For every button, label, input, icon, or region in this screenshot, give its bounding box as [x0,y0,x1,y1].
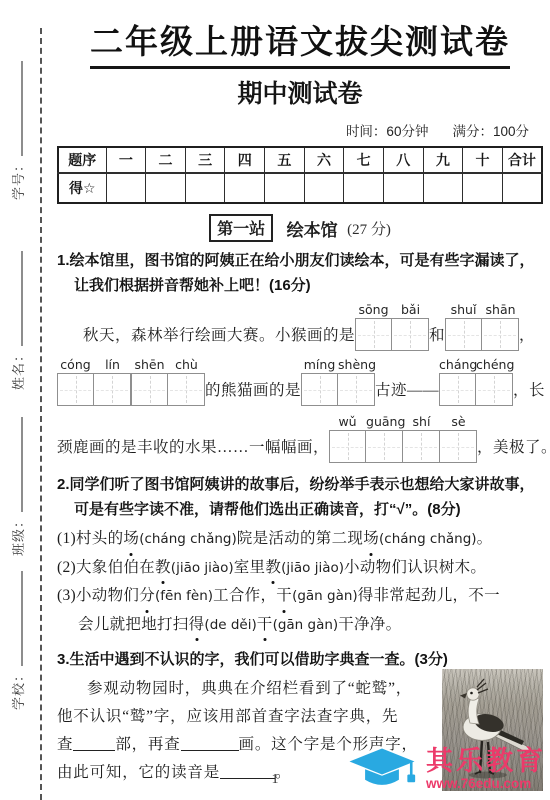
col-10: 十 [463,147,503,173]
pinyin-row: chángchéng [439,357,513,373]
dotted-char: 干 [257,611,273,640]
question-2-prompt: 2.同学们听了图书馆阿姨讲的故事后，纷纷举手表示也想给大家讲故事，可是有些字读不… [57,472,543,522]
pinyin-choice: (gān gàn) [292,588,358,604]
q1-line1-and: 和 [429,323,445,351]
student-id-writing-line [11,61,23,156]
writing-cells [131,373,205,406]
q2-item1-text: 。 [477,530,493,547]
score-table: 题序 一 二 三 四 五 六 七 八 九 十 合计 得☆ [57,146,543,204]
pinyin-choice: (de děi) [204,617,256,633]
pinyin-row: shuǐshān [445,302,519,318]
dotted-char: 干 [276,582,292,611]
pinyin-choice: (jiāo jiào) [281,560,344,576]
section-badge: 第一站 [209,214,273,242]
writing-cells [439,373,513,406]
seal-field-school: 学校： [8,571,28,710]
pinyin-row: wǔguāngshísè [329,414,477,430]
col-6: 六 [304,147,344,173]
q2-item3-text: 得非常起劲儿，不一 [358,587,500,604]
answer-blank-strokes [181,737,239,751]
q1-line2-dash-text: 古迹—— [375,378,439,406]
q2-item1-text: (1)村头的 [57,530,123,547]
class-writing-line [11,417,23,512]
test-paper-page: 学号： 姓名： 班级： 学校： 二年级上册语文拔尖测试卷 期中测试卷 时间：60… [0,0,550,800]
pinyin-syllable: lín [94,357,131,373]
score-cell-empty [146,173,186,203]
pinyin-row: míngshèng [301,357,375,373]
answer-box-changcheng: chángchéng [439,357,513,406]
q1-line1-comma: ， [519,323,535,351]
col-2: 二 [146,147,186,173]
col-1: 一 [106,147,146,173]
name-label: 姓名： [11,348,26,390]
pinyin-syllable: shuǐ [445,302,482,318]
answer-box-mingsheng: míngshèng [301,357,375,406]
student-id-label: 学号： [11,158,26,200]
answer-box-conglin: cónglín [57,357,131,406]
seal-field-name: 姓名： [8,251,28,390]
q1-line3-text: 颈鹿画的是丰收的水果……一幅幅画， [57,435,329,463]
logo-text: 其乐教育 [426,746,546,776]
score-cell-empty [423,173,463,203]
score-cell-empty [185,173,225,203]
writing-cells [301,373,375,406]
q1-fill-line-2: cónglín shēnchù 的熊猫画的是 míngshèng 古迹—— ch… [57,357,543,406]
q2-item-3-continued: 会儿就把地打扫得(de děi)干(gān gàn)干净净。 [57,611,543,640]
score-cell-empty [463,173,503,203]
logo-url: www.76edu.com [426,776,531,791]
pinyin-syllable: shān [482,302,519,318]
answer-blank-radical [73,737,115,751]
q1-line3-end-text: ，美极了。 [477,435,550,463]
section-points: (27 分) [347,222,391,238]
dotted-char: 教 [265,554,281,583]
pinyin-syllable: cháng [439,357,476,373]
q2-item1-text: 院是活动的第二现 [237,530,363,547]
q1-line2-end-text: ，长 [513,378,545,406]
score-cell-empty [383,173,423,203]
score-row-label: 得☆ [58,173,106,203]
pinyin-syllable: guāng [366,414,403,430]
score-cell-empty [225,173,265,203]
score-cell-empty [344,173,384,203]
publisher-logo: 其乐教育 www.76edu.com [343,742,546,794]
score-cell-empty [265,173,305,203]
answer-box-shenchu: shēnchù [131,357,205,406]
class-label: 班级： [11,514,26,556]
q2-item-3: (3)小动物们分(fēn fèn)工合作，干(gān gàn)得非常起劲儿，不一 [57,582,543,611]
pinyin-syllable: chù [168,357,205,373]
score-cell-empty [502,173,542,203]
pinyin-syllable: shèng [338,357,375,373]
pinyin-choice: (fēn fèn) [155,588,213,604]
q2-item3-text: 工合作， [213,587,276,604]
q2-item-2: (2)大象伯伯在教(jiāo jiào)室里教(jiāo jiào)小动物们认识… [57,554,543,583]
col-9: 九 [423,147,463,173]
pinyin-choice: (cháng chǎng) [379,531,477,547]
section-header: 第一站 绘本馆 (27 分) [57,214,543,242]
pinyin-syllable: bǎi [392,302,429,318]
name-writing-line [11,251,23,346]
dotted-char: 分 [139,582,155,611]
answer-box-songbai: sōngbǎi [355,302,429,351]
pinyin-syllable: sè [440,414,477,430]
time-limit: 时间：60分钟 [346,120,429,140]
q2-item3-text: (3)小动物们 [57,587,139,604]
answer-box-wuguangshise: wǔguāngshísè [329,414,477,463]
q1-fill-line-3: 颈鹿画的是丰收的水果……一幅幅画， wǔguāngshísè ，美极了。 [57,414,543,463]
question-1-prompt: 1.绘本馆里，图书馆的阿姨正在给小朋友们读绘本，可是有些字漏读了，让我们根据拼音… [57,248,543,298]
pinyin-row: shēnchù [131,357,205,373]
full-score: 满分：100分 [452,120,529,140]
q2-item2-text: 室里 [234,559,266,576]
pinyin-syllable: wǔ [329,414,366,430]
seal-field-student-id: 学号： [8,61,28,200]
q2-item3-text: 会儿就把地打扫 [78,616,189,633]
pinyin-syllable: míng [301,357,338,373]
writing-cells [445,318,519,351]
q3-passage-line2: 他不认识“鹫”字，应该用部首查字法查字典，先 [57,703,433,731]
score-cell-empty [304,173,344,203]
dotted-char: 得 [189,611,205,640]
pinyin-syllable: shēn [131,357,168,373]
q3-passage-line1: 参观动物园时，典典在介绍栏看到了“蛇鹫”， [57,675,433,703]
pinyin-choice: (gān gàn) [273,617,339,633]
dotted-char: 场 [123,525,139,554]
col-7: 七 [344,147,384,173]
section-title: 绘本馆 [287,221,338,240]
pinyin-row: cónglín [57,357,131,373]
answer-box-shuishan: shuǐshān [445,302,519,351]
q1-line2-text: 的熊猫画的是 [205,378,301,406]
q3-text: 部，再查 [115,736,180,753]
score-table-score-row: 得☆ [58,173,542,203]
paper-title: 二年级上册语文拔尖测试卷 [90,16,510,69]
writing-cells [329,430,477,463]
q2-item3-text: 干净净。 [338,616,401,633]
pinyin-syllable: cóng [57,357,94,373]
score-table-header-row: 题序 一 二 三 四 五 六 七 八 九 十 合计 [58,147,542,173]
school-label: 学校： [11,668,26,710]
pinyin-choice: (jiāo jiào) [171,560,234,576]
pinyin-syllable: shí [403,414,440,430]
dotted-char: 场 [363,525,379,554]
pinyin-row: sōngbǎi [355,302,429,318]
q1-fill-line-1: 秋天，森林举行绘画大赛。小猴画的是 sōngbǎi 和 shuǐshān ， [57,302,543,351]
q2-item2-text: 小动物们认识树木。 [344,559,486,576]
q3-text: 由此可知，它的读音是 [57,764,220,781]
col-3: 三 [185,147,225,173]
graduation-cap-icon [343,742,421,794]
q3-text: 查 [57,736,73,753]
answer-blank-pronunciation [220,765,275,779]
writing-cells [355,318,429,351]
page-number: 1 [272,772,279,788]
col-8: 八 [383,147,423,173]
score-cell-empty [106,173,146,203]
col-4: 四 [225,147,265,173]
q1-line1-text: 秋天，森林举行绘画大赛。小猴画的是 [57,323,355,351]
pinyin-syllable: chéng [476,357,513,373]
seal-field-class: 班级： [8,417,28,556]
col-question-order: 题序 [58,147,106,173]
seal-dashed-line [40,28,42,800]
q2-item-1: (1)村头的场(cháng chǎng)院是活动的第二现场(cháng chǎn… [57,525,543,554]
school-writing-line [11,571,23,666]
writing-cells [57,373,131,406]
q2-item2-text: (2)大象伯伯在 [57,559,155,576]
col-5: 五 [265,147,305,173]
pinyin-choice: (cháng chǎng) [139,531,237,547]
paper-subtitle: 期中测试卷 [57,74,543,110]
col-total: 合计 [502,147,542,173]
pinyin-syllable: sōng [355,302,392,318]
dotted-char: 教 [155,554,171,583]
